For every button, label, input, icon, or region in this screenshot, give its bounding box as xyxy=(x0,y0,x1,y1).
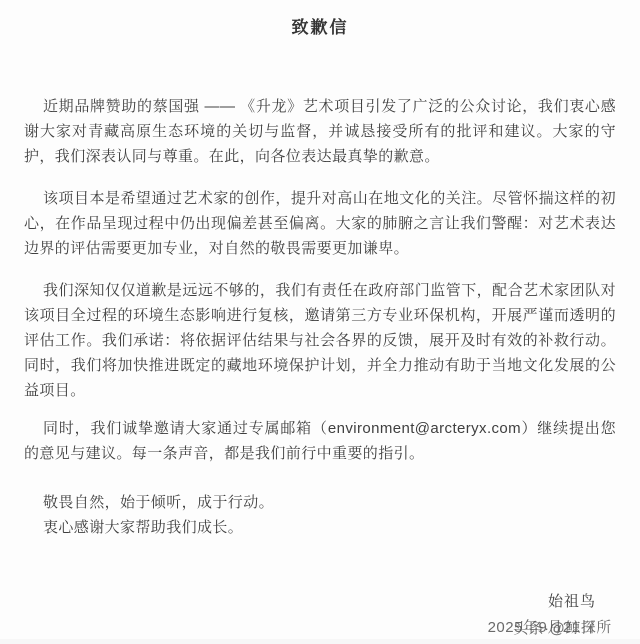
closing-lines: 敬畏自然，始于倾听，成于行动。 衷心感谢大家帮助我们成长。 xyxy=(24,490,616,540)
paragraph-project-intent: 该项目本是希望通过艺术家的创作，提升对高山在地文化的关注。尽管怀揣这样的初心，在… xyxy=(24,186,616,261)
closing-line-1: 敬畏自然，始于倾听，成于行动。 xyxy=(24,490,616,515)
signature-date: 2025年9月21日 xyxy=(488,619,596,636)
paragraph-feedback-email: 同时，我们诚挚邀请大家通过专属邮箱（environment@arcteryx.c… xyxy=(24,416,616,466)
apology-letter-document: 致歉信 近期品牌赞助的蔡国强 —— 《升龙》艺术项目引发了广泛的公众讨论，我们衷… xyxy=(0,0,640,644)
bottom-edge-strip xyxy=(0,639,640,644)
paragraph-opening-apology: 近期品牌赞助的蔡国强 —— 《升龙》艺术项目引发了广泛的公众讨论，我们衷心感谢大… xyxy=(24,94,616,169)
letter-title: 致歉信 xyxy=(24,13,616,38)
paragraph-commitments: 我们深知仅仅道歉是远远不够的，我们有责任在政府部门监管下，配合艺术家团队对该项目… xyxy=(24,278,616,403)
signature-brand-name: 始祖鸟 xyxy=(24,592,596,612)
signature-date-row: 2025年9月21日 头条·@鲸探所 xyxy=(488,616,596,638)
signature-block: 始祖鸟 2025年9月21日 头条·@鲸探所 xyxy=(24,592,616,638)
closing-line-2: 衷心感谢大家帮助我们成长。 xyxy=(24,515,616,540)
